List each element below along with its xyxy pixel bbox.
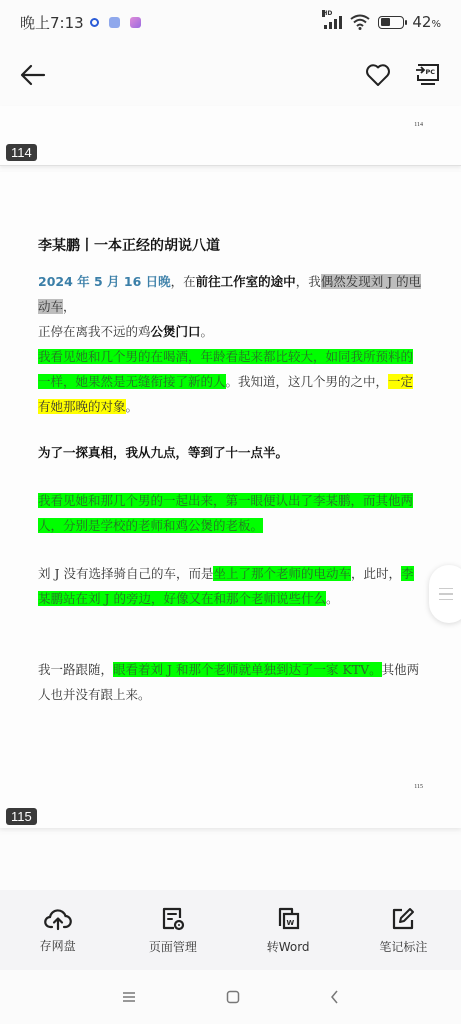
note-annotate-button[interactable]: 笔记标注 [346, 890, 461, 970]
bottom-toolbar: 存网盘 页面管理 W 转Word 笔记标注 [0, 890, 461, 970]
pdf-page-next [0, 835, 461, 890]
paragraph-1: 2024 年 5 月 16 日晚，在前往工作室的途中，我偶然发现刘 J 的电动车… [38, 269, 424, 344]
tool-label: 笔记标注 [379, 938, 427, 955]
page-badge: 115 [6, 808, 37, 825]
pdf-page-115: 李某鹏丨一本正经的胡说八道 2024 年 5 月 16 日晚，在前往工作室的途中… [0, 172, 461, 828]
page-badge: 114 [6, 144, 37, 161]
page-manage-button[interactable]: 页面管理 [115, 890, 230, 970]
svg-text:PC: PC [426, 68, 436, 76]
page-number-footer: 114 [414, 122, 423, 128]
date-text: 2024 年 5 月 16 日晚 [38, 274, 171, 289]
cellular-signal-icon: HD [324, 15, 342, 29]
paragraph-3: 为了一探真相，我从九点，等到了十一点半。 [38, 440, 424, 465]
pdf-page-114: 114 114 [0, 106, 461, 166]
edit-note-icon [390, 906, 416, 932]
notification-dot-icon [90, 18, 99, 27]
wifi-icon [350, 14, 370, 30]
back-button[interactable] [20, 64, 46, 86]
tool-label: 存网盘 [40, 937, 76, 954]
status-bar: 晚上7:13 HD 42% [0, 0, 461, 44]
tool-label: 页面管理 [149, 938, 197, 955]
page-manage-icon [160, 906, 186, 932]
convert-to-word-button[interactable]: W 转Word [231, 890, 346, 970]
tool-label: 转Word [267, 938, 310, 955]
top-app-bar: PC [0, 44, 461, 106]
cloud-upload-icon [44, 907, 72, 931]
app-notification-icon [109, 17, 120, 28]
battery-icon [378, 16, 404, 29]
floating-menu-handle[interactable] [429, 565, 461, 623]
paragraph-6: 我一路跟随，眼看着刘 J 和那个老师就单独到达了一家 KTV。其他两人也并没有跟… [38, 657, 424, 707]
highlight-green[interactable]: 眼看着刘 J 和那个老师就单独到达了一家 KTV。 [113, 662, 382, 677]
arrow-left-icon [20, 64, 46, 86]
save-to-cloud-button[interactable]: 存网盘 [0, 890, 115, 970]
menu-icon[interactable] [121, 990, 137, 1004]
highlight-green[interactable]: 坐上了那个老师的电动车 [213, 566, 351, 581]
document-title: 李某鹏丨一本正经的胡说八道 [38, 235, 220, 255]
convert-word-icon: W [275, 906, 301, 932]
home-icon[interactable] [225, 989, 241, 1005]
system-nav-bar [0, 970, 461, 1024]
page-number-footer: 115 [414, 784, 423, 790]
battery-percent: 42% [412, 13, 441, 31]
paragraph-2: 我看见她和几个男的在喝酒，年龄看起来都比较大，如同我所预料的一样，她果然是无缝衔… [38, 344, 424, 419]
hd-label: HD [322, 10, 325, 17]
app-notification-icon [130, 17, 141, 28]
favorite-button[interactable] [365, 63, 391, 87]
send-to-pc-button[interactable]: PC [415, 62, 441, 88]
svg-text:W: W [287, 919, 295, 927]
paragraph-4: 我看见她和那几个男的一起出来，第一眼便认出了李某鹏，而其他两人，分别是学校的老师… [38, 488, 424, 538]
paragraph-5: 刘 J 没有选择骑自己的车，而是坐上了那个老师的电动车，此时，李某鹏站在刘 J … [38, 561, 424, 611]
heart-icon [365, 63, 391, 87]
send-to-pc-icon: PC [415, 62, 441, 88]
highlight-green[interactable]: 我看见她和那几个男的一起出来，第一眼便认出了李某鹏，而其他两人，分别是学校的老师… [38, 493, 413, 533]
back-chevron-icon[interactable] [329, 989, 341, 1005]
status-time: 晚上7:13 [20, 12, 84, 33]
